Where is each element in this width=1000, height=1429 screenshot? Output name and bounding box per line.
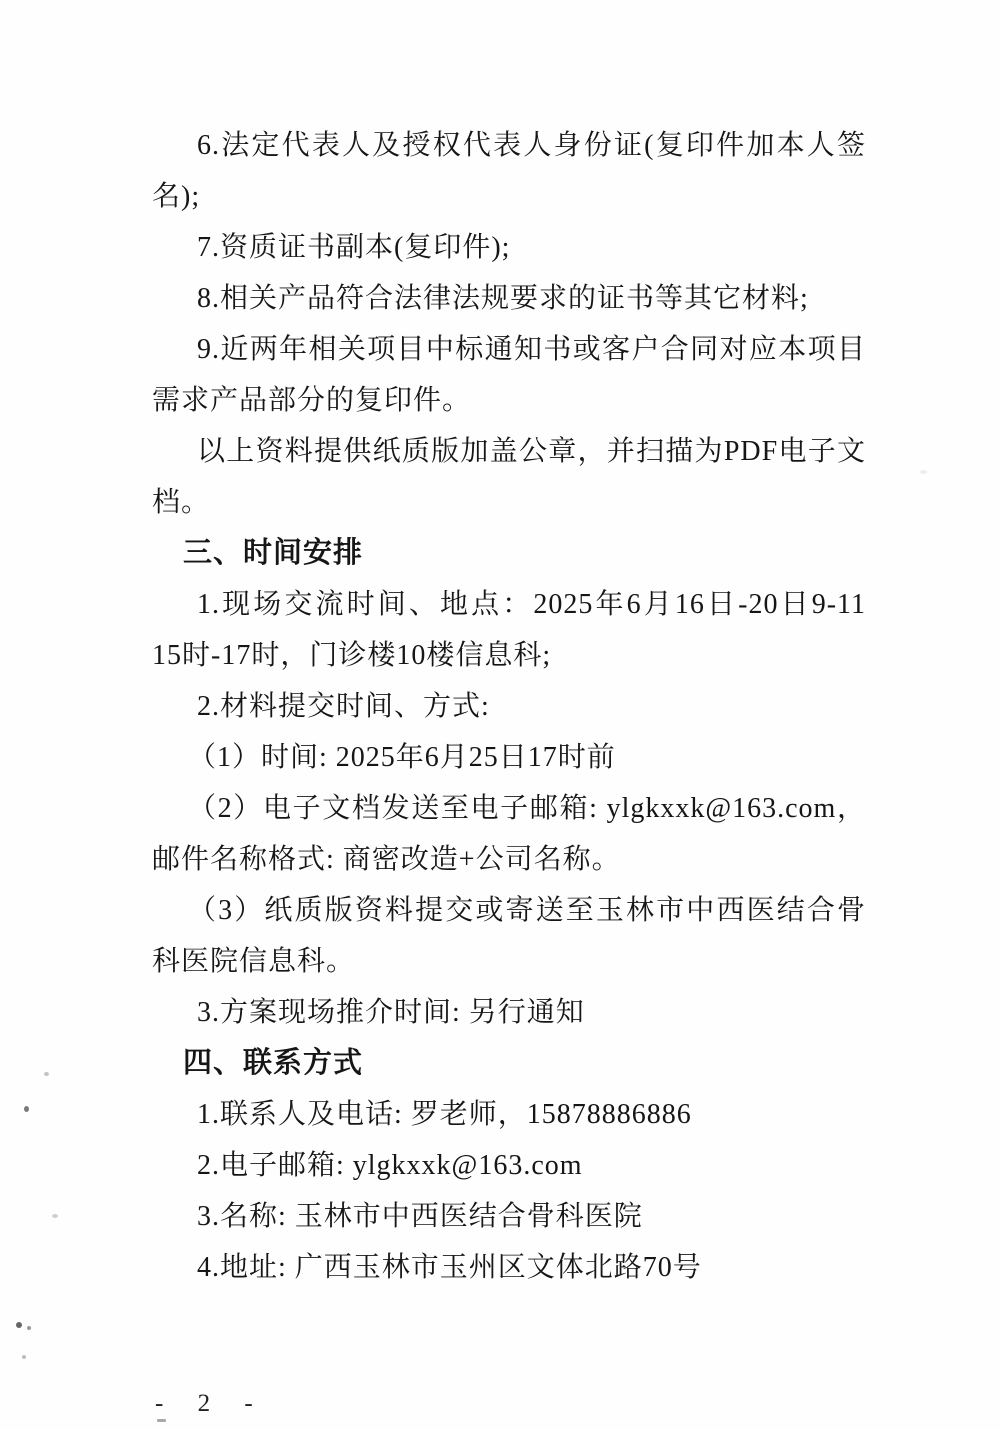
document-page: 6.法定代表人及授权代表人身份证(复印件加本人签名);7.资质证书副本(复印件)… <box>0 0 1000 1429</box>
text-line: 三、时间安排 <box>152 528 866 579</box>
text-line: 1.现场交流时间、地点：2025年6月16日-20日9-11时、 <box>152 579 866 630</box>
paragraph: 8.相关产品符合法律法规要求的证书等其它材料; <box>152 273 866 324</box>
text-line: 7.资质证书副本(复印件); <box>152 222 866 273</box>
text-line: 名); <box>152 171 866 222</box>
document-content: 6.法定代表人及授权代表人身份证(复印件加本人签名);7.资质证书副本(复印件)… <box>152 120 866 1293</box>
text-line: 档。 <box>152 477 866 528</box>
text-line: 3.方案现场推介时间: 另行通知 <box>152 987 866 1038</box>
text-line: 需求产品部分的复印件。 <box>152 375 866 426</box>
paragraph: 1.现场交流时间、地点：2025年6月16日-20日9-11时、15时-17时，… <box>152 579 866 681</box>
text-line: 2.电子邮箱: ylgkxxk@163.com <box>152 1140 866 1191</box>
paragraph: 以上资料提供纸质版加盖公章，并扫描为PDF电子文档。 <box>152 426 866 528</box>
text-line: 4.地址: 广西玉林市玉州区文体北路70号 <box>152 1242 866 1293</box>
text-line: （3）纸质版资料提交或寄送至玉林市中西医结合骨 <box>152 885 866 936</box>
paragraph: （3）纸质版资料提交或寄送至玉林市中西医结合骨科医院信息科。 <box>152 885 866 987</box>
scan-speckle <box>22 1355 26 1359</box>
paragraph: 2.材料提交时间、方式: <box>152 681 866 732</box>
text-line: 2.材料提交时间、方式: <box>152 681 866 732</box>
text-line: 9.近两年相关项目中标通知书或客户合同对应本项目 <box>152 324 866 375</box>
page-number: - 2 - <box>155 1390 267 1418</box>
paragraph: 1.联系人及电话: 罗老师，15878886886 <box>152 1089 866 1140</box>
text-line: 四、联系方式 <box>152 1038 866 1089</box>
text-line: 科医院信息科。 <box>152 936 866 987</box>
scan-speckle <box>16 1322 22 1328</box>
scan-speckle <box>157 1419 166 1422</box>
scan-speckle <box>27 1326 31 1330</box>
text-line: 以上资料提供纸质版加盖公章，并扫描为PDF电子文 <box>152 426 866 477</box>
text-line: 1.联系人及电话: 罗老师，15878886886 <box>152 1089 866 1140</box>
text-line: （1）时间: 2025年6月25日17时前 <box>152 732 866 783</box>
scan-speckle <box>52 1214 58 1218</box>
text-line: 邮件名称格式: 商密改造+公司名称。 <box>152 834 866 885</box>
scan-speckle <box>920 470 927 474</box>
text-line: 6.法定代表人及授权代表人身份证(复印件加本人签 <box>152 120 866 171</box>
scan-speckle <box>44 1072 49 1076</box>
section-heading: 四、联系方式 <box>152 1038 866 1089</box>
scan-speckle <box>24 1106 29 1112</box>
paragraph: 3.名称: 玉林市中西医结合骨科医院 <box>152 1191 866 1242</box>
paragraph: （1）时间: 2025年6月25日17时前 <box>152 732 866 783</box>
text-line: 15时-17时，门诊楼10楼信息科; <box>152 630 866 681</box>
paragraph: 9.近两年相关项目中标通知书或客户合同对应本项目需求产品部分的复印件。 <box>152 324 866 426</box>
text-line: 3.名称: 玉林市中西医结合骨科医院 <box>152 1191 866 1242</box>
paragraph: 6.法定代表人及授权代表人身份证(复印件加本人签名); <box>152 120 866 222</box>
paragraph: 4.地址: 广西玉林市玉州区文体北路70号 <box>152 1242 866 1293</box>
paragraph: 7.资质证书副本(复印件); <box>152 222 866 273</box>
text-line: 8.相关产品符合法律法规要求的证书等其它材料; <box>152 273 866 324</box>
section-heading: 三、时间安排 <box>152 528 866 579</box>
paragraph: （2）电子文档发送至电子邮箱: ylgkxxk@163.com，邮件名称格式: … <box>152 783 866 885</box>
paragraph: 3.方案现场推介时间: 另行通知 <box>152 987 866 1038</box>
text-line: （2）电子文档发送至电子邮箱: ylgkxxk@163.com， <box>152 783 866 834</box>
paragraph: 2.电子邮箱: ylgkxxk@163.com <box>152 1140 866 1191</box>
